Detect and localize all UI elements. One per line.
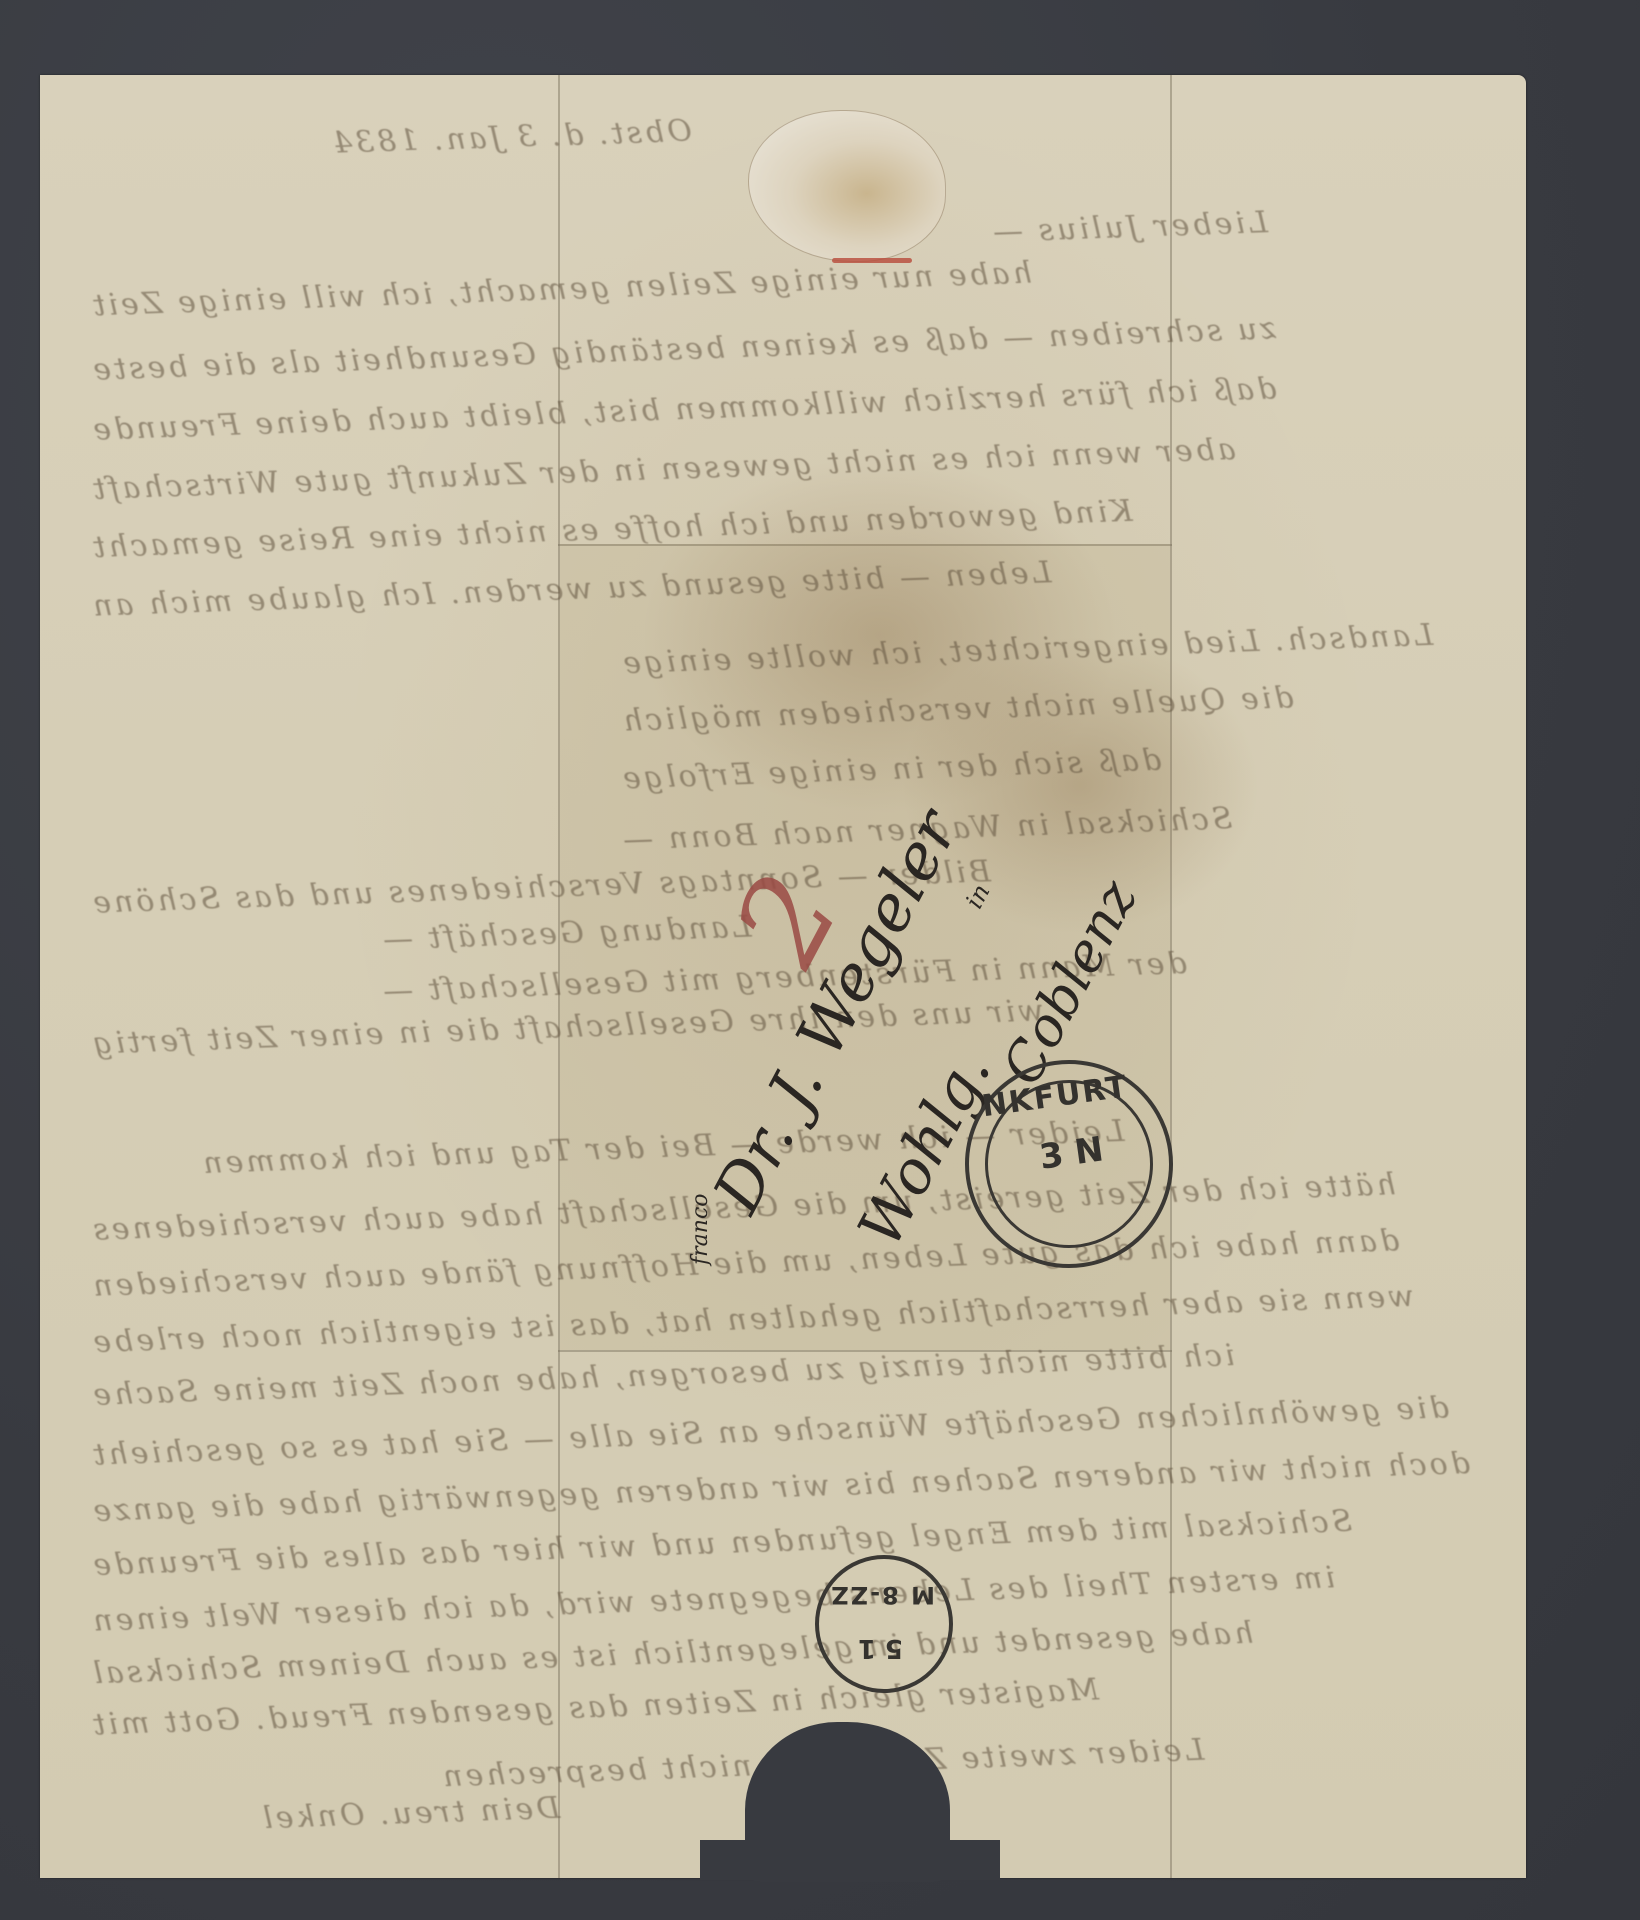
- red-wax-trace: [832, 258, 912, 263]
- torn-edge: [700, 1840, 1000, 1880]
- postmark-date-2: 5 1: [858, 1633, 903, 1663]
- postmark-code: M 8-ZZ: [829, 1581, 935, 1609]
- postmark-secondary: M 8-ZZ 5 1: [815, 1555, 953, 1693]
- marginal-note: franco: [688, 1193, 713, 1265]
